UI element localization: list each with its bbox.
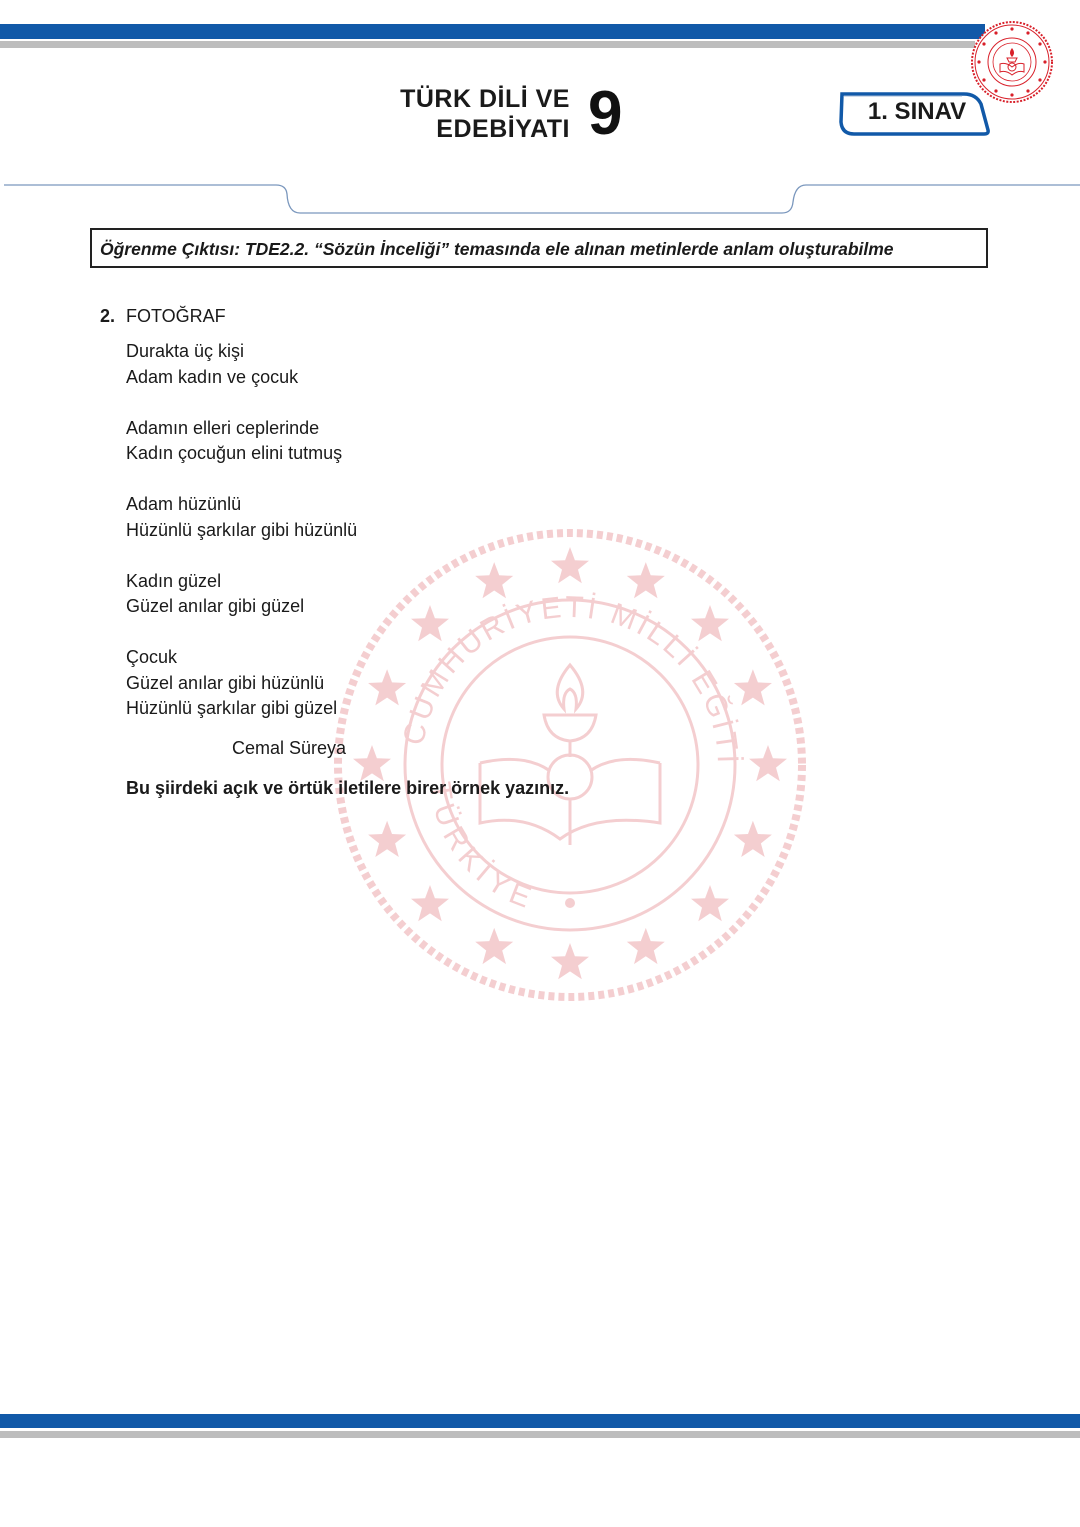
subject-title-line1: TÜRK DİLİ VE (360, 84, 570, 114)
question-number: 2. (100, 305, 115, 327)
header-blue-band (0, 24, 985, 39)
ministry-seal-watermark-icon: CUMHURİYETİ MİLLİ EĞİTİM BAKANLIĞI TÜRKİ… (330, 525, 810, 1005)
poem-title: FOTOĞRAF (126, 305, 226, 327)
subject-title: TÜRK DİLİ VE EDEBİYATI (360, 84, 570, 144)
footer-blue-band (0, 1414, 1080, 1428)
poem-line: Çocuk (126, 645, 357, 671)
svg-text:CUMHURİYETİ MİLLİ EĞİTİM BAKAN: CUMHURİYETİ MİLLİ EĞİTİM BAKANLIĞI (330, 525, 744, 767)
svg-text:TÜRKİYE: TÜRKİYE (423, 780, 541, 917)
grade-number: 9 (588, 78, 622, 150)
poem-line: Adam kadın ve çocuk (126, 365, 357, 391)
exam-badge: 1. SINAV (836, 90, 986, 132)
poem-line: Güzel anılar gibi hüzünlü (126, 671, 357, 697)
learning-outcome-box: Öğrenme Çıktısı: TDE2.2. “Sözün İnceliği… (90, 228, 988, 268)
poem-line: Hüzünlü şarkılar gibi güzel (126, 696, 357, 722)
poem-line: Kadın güzel (126, 569, 357, 595)
poem-line: Hüzünlü şarkılar gibi hüzünlü (126, 518, 357, 544)
question-instruction: Bu şiirdeki açık ve örtük iletilere bire… (126, 777, 569, 799)
poem-line: Adam hüzünlü (126, 492, 357, 518)
exam-label: 1. SINAV (836, 90, 986, 134)
poem-line: Durakta üç kişi (126, 339, 357, 365)
poem-line: Kadın çocuğun elini tutmuş (126, 441, 357, 467)
poem-body: Durakta üç kişi Adam kadın ve çocuk Adam… (126, 339, 357, 722)
poem-line: Adamın elleri ceplerinde (126, 416, 357, 442)
poem-line: Güzel anılar gibi güzel (126, 594, 357, 620)
header-divider (0, 180, 1080, 225)
poem-author: Cemal Süreya (232, 737, 346, 759)
header-gray-band (0, 41, 975, 48)
footer-gray-band (0, 1431, 1080, 1438)
subject-title-line2: EDEBİYATI (360, 114, 570, 144)
